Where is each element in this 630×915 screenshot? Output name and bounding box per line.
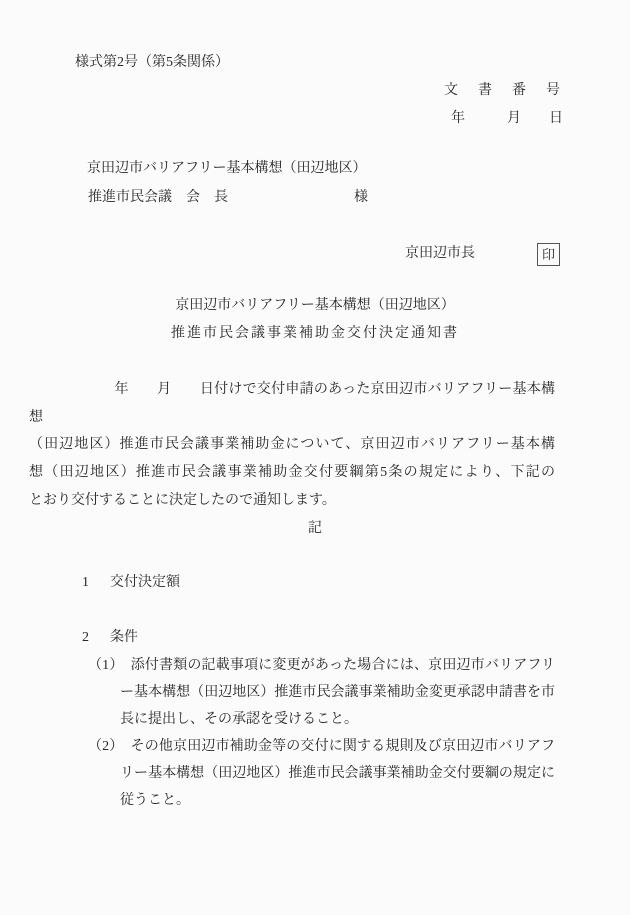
document-title-line-1: 京田辺市バリアフリー基本構想（田辺地区） bbox=[0, 298, 630, 314]
condition-continuation-line: リー基本構想（田辺地区）推進市民会議事業補助金交付要綱の規定に bbox=[120, 760, 555, 787]
addressee-line-1: 京田辺市バリアフリー基本構想（田辺地区） bbox=[87, 161, 366, 177]
sender-name: 京田辺市長 bbox=[405, 246, 475, 262]
body-line: 想（田辺地区）推進市民会議事業補助金交付要綱第5条の規定により、下記の bbox=[29, 459, 555, 487]
conditions-list: （1） 添付書類の記載事項に変更があった場合には、京田辺市バリアフリー基本構想（… bbox=[88, 652, 555, 814]
condition-continuation-line: ー基本構想（田辺地区）推進市民会議事業補助金変更承認申請書を市 bbox=[120, 679, 555, 706]
document-title-line-2: 推進市民会議事業補助金交付決定通知書 bbox=[0, 326, 630, 342]
item-2-number: 2 bbox=[82, 630, 110, 646]
condition-continuation-line: 長に提出し、その承認を受けること。 bbox=[120, 706, 555, 733]
document-page: 様式第2号（第5条関係） 文 書 番 号 年 月 日 京田辺市バリアフリー基本構… bbox=[0, 0, 630, 915]
body-line: （田辺地区）推進市民会議事業補助金について、京田辺市バリアフリー基本構 bbox=[29, 431, 555, 459]
item-1-number: 1 bbox=[82, 575, 110, 591]
condition-first-line: （1） 添付書類の記載事項に変更があった場合には、京田辺市バリアフリ bbox=[88, 652, 555, 679]
ki-marker: 記 bbox=[0, 521, 630, 537]
addressee-line-2: 推進市民会議 会 長 様 bbox=[88, 190, 368, 206]
body-line: とおり交付することに決定したので通知します。 bbox=[29, 487, 555, 515]
body-line: 年 月 日付けで交付申請のあった京田辺市バリアフリー基本構想 bbox=[29, 376, 555, 431]
seal-placeholder-box: 印 bbox=[537, 243, 560, 266]
condition-first-line: （2） その他京田辺市補助金等の交付に関する規則及び京田辺市バリアフ bbox=[88, 733, 555, 760]
document-number-label: 文 書 番 号 bbox=[444, 83, 563, 99]
form-number: 様式第2号（第5条関係） bbox=[75, 55, 229, 71]
list-item-2: 2条件 bbox=[82, 630, 138, 646]
body-paragraph: 年 月 日付けで交付申請のあった京田辺市バリアフリー基本構想（田辺地区）推進市民… bbox=[29, 376, 555, 515]
list-item-1: 1交付決定額 bbox=[82, 575, 180, 591]
date-line: 年 月 日 bbox=[451, 111, 563, 127]
item-1-label: 交付決定額 bbox=[110, 575, 180, 590]
item-2-label: 条件 bbox=[110, 630, 138, 645]
condition-continuation-line: 従うこと。 bbox=[120, 787, 555, 814]
